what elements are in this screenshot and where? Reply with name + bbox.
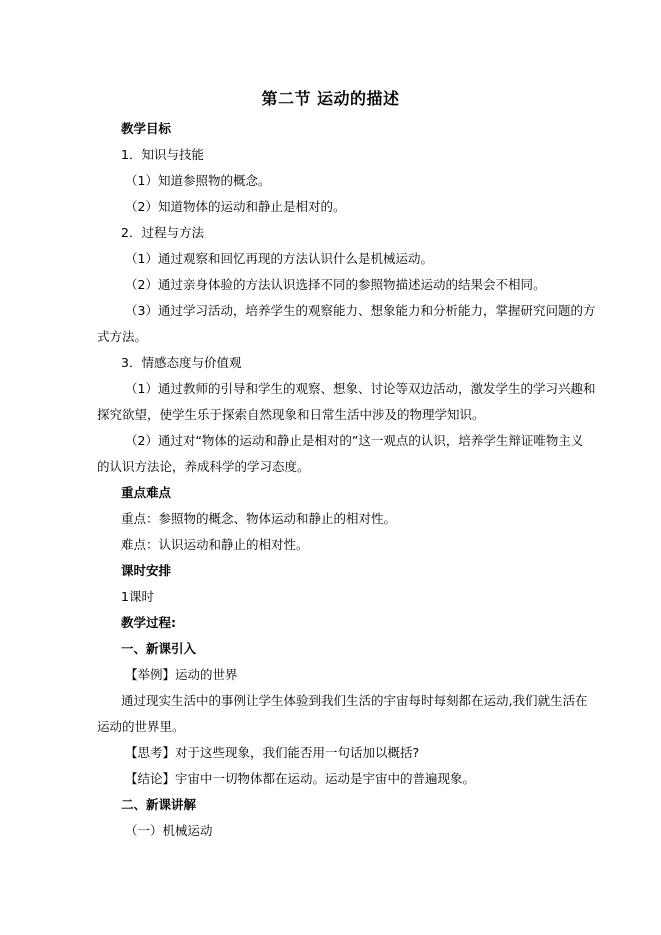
- goal-item: （2）知道物体的运动和静止是相对的。: [125, 199, 345, 215]
- key-point: 重点：参照物的概念、物体运动和静止的相对性。: [121, 511, 396, 527]
- heading-new-lesson-intro: 一、新课引入: [121, 641, 196, 657]
- heading-teaching-process: 教学过程:: [121, 615, 176, 631]
- schedule-value: 1课时: [121, 589, 154, 605]
- difficult-point: 难点：认识运动和静止的相对性。: [121, 537, 309, 553]
- goal-item: （1）知道参照物的概念。: [125, 173, 270, 189]
- conclusion: 【结论】宇宙中一切物体都在运动。运动是宇宙中的普遍现象。: [125, 771, 475, 787]
- page-title: 第二节 运动的描述: [0, 86, 661, 109]
- goal-item: （2）通过对“物体的运动和静止是相对的”这一观点的认识，培养学生辩证唯物主义: [125, 433, 583, 449]
- subheading-attitudes-values: 3．情感态度与价值观: [121, 355, 241, 371]
- goal-item-continued: 的认识方法论，养成科学的学习态度。: [97, 459, 310, 475]
- goal-item: （1）通过教师的引导和学生的观察、想象、讨论等双边活动，激发学生的学习兴趣和: [125, 381, 595, 397]
- heading-key-difficult-points: 重点难点: [121, 485, 171, 501]
- goal-item: （1）通过观察和回忆再现的方法认识什么是机械运动。: [125, 251, 433, 267]
- subsection-mechanical-motion: （一）机械运动: [125, 823, 213, 839]
- body-paragraph-continued: 运动的世界里。: [97, 719, 185, 735]
- goal-item: （2）通过亲身体验的方法认识选择不同的参照物描述运动的结果会不相同。: [125, 277, 545, 293]
- heading-schedule: 课时安排: [121, 563, 171, 579]
- example-label: 【举例】运动的世界: [125, 667, 238, 683]
- goal-item: （3）通过学习活动，培养学生的观察能力、想象能力和分析能力，掌握研究问题的方: [125, 303, 595, 319]
- goal-item-continued: 探究欲望，使学生乐于探索自然现象和日常生活中涉及的物理学知识。: [97, 407, 485, 423]
- body-paragraph: 通过现实生活中的事例让学生体验到我们生活的宇宙每时每刻都在运动,我们就生活在: [121, 693, 587, 709]
- goal-item-continued: 式方法。: [97, 329, 147, 345]
- heading-teaching-goals: 教学目标: [121, 121, 171, 137]
- think-question: 【思考】对于这些现象，我们能否用一句话加以概括?: [125, 745, 419, 761]
- heading-new-lesson-explain: 二、新课讲解: [121, 797, 196, 813]
- document-page: 第二节 运动的描述 教学目标 1．知识与技能 （1）知道参照物的概念。 （2）知…: [0, 0, 661, 935]
- subheading-process-methods: 2．过程与方法: [121, 225, 204, 241]
- subheading-knowledge-skills: 1．知识与技能: [121, 147, 204, 163]
